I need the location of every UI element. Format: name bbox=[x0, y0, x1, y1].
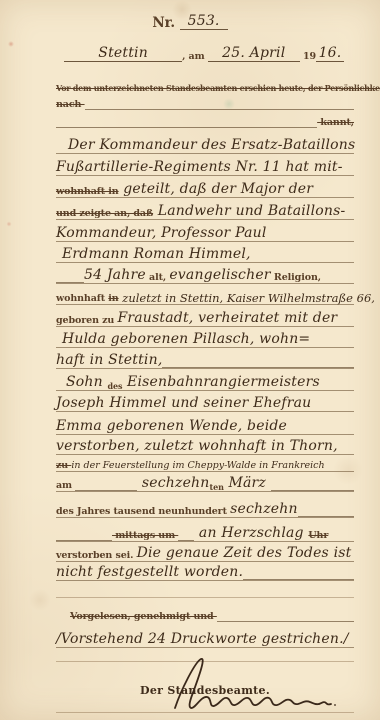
printed-text: alt, bbox=[146, 273, 169, 283]
printed-text-struck: in bbox=[108, 294, 118, 304]
printed-text-struck: Vorgelesen, genehmigt und bbox=[70, 612, 217, 622]
entry-line: Kommandeur, Professor Paul bbox=[56, 220, 354, 242]
entry-line: Sohn des Eisenbahnrangiermeisters bbox=[56, 369, 354, 391]
entry-line: nicht festgestellt worden. bbox=[56, 562, 354, 581]
handwritten-text: März bbox=[224, 476, 271, 491]
handwritten-entry: 16. bbox=[316, 46, 344, 62]
handwritten-text: Emma geborenen Wende, beide bbox=[56, 419, 287, 434]
handwritten-text: Fraustadt, verheiratet mit der bbox=[117, 311, 337, 326]
handwritten-text: /Vorstehend 24 Druckworte gestrichen./ bbox=[56, 632, 349, 647]
printed-text: wohnhaft bbox=[56, 294, 108, 304]
handwritten-entry: 25. April bbox=[208, 46, 300, 62]
printed-text: 19 bbox=[300, 52, 316, 62]
printed-text-struck: Vor dem unterzeichneten Standesbeamten e… bbox=[56, 84, 380, 92]
entry-line: zu in der Feuerstellung im Cheppy-Walde … bbox=[56, 455, 354, 472]
handwritten-text: geteilt, daß der Major der bbox=[119, 182, 314, 197]
printed-text: verstorben sei. bbox=[56, 551, 137, 561]
blank-underline bbox=[56, 125, 317, 128]
printed-text: geboren zu bbox=[56, 316, 117, 326]
document-body: Nr. 553.Stettin, am 25. April 1916.Vor d… bbox=[0, 8, 380, 713]
entry-line: Fußartillerie-Regiments Nr. 11 hat mit- bbox=[56, 154, 354, 176]
blank-underline bbox=[178, 538, 194, 541]
entry-line: wohnhaft in geteilt, daß der Major der bbox=[56, 176, 354, 198]
handwritten-text: Erdmann Roman Himmel, bbox=[62, 247, 251, 262]
handwritten-text: Kommandeur, Professor Paul bbox=[56, 226, 267, 241]
handwritten-text-small: in der Feuerstellung im Cheppy-Walde in … bbox=[71, 461, 324, 471]
entry-line: Der Kommandeur des Ersatz-Bataillons bbox=[56, 130, 354, 154]
blank-underline bbox=[243, 577, 354, 580]
printed-text: des Jahres tausend neunhundert bbox=[56, 507, 230, 517]
handwritten-text: Sohn bbox=[66, 375, 108, 390]
printed-text-struck: wohnhaft in bbox=[56, 187, 119, 197]
printed-text: , am bbox=[182, 52, 208, 62]
blank-underline bbox=[56, 280, 84, 283]
blank-underline bbox=[162, 365, 354, 368]
handwritten-text: Eisenbahnrangiermeisters bbox=[122, 375, 319, 390]
entry-line: Emma geborenen Wende, beide bbox=[56, 412, 354, 435]
blank-underline bbox=[217, 619, 354, 622]
entry-line: verstorben, zuletzt wohnhaft in Thorn, bbox=[56, 435, 354, 455]
handwritten-entry: Stettin bbox=[64, 46, 182, 62]
handwritten-text: 54 Jahre bbox=[84, 268, 146, 283]
preprinted-clause-struck: kannt, bbox=[56, 110, 354, 128]
handwritten-text: evangelischer bbox=[169, 268, 270, 283]
printed-text-struck: und zeigte an, daß bbox=[56, 209, 153, 219]
printed-text-struck: nach bbox=[56, 100, 85, 110]
blank-underline bbox=[298, 514, 354, 517]
entry-line: Joseph Himmel und seiner Ehefrau bbox=[56, 391, 354, 412]
entry-line: Hulda geborenen Pillasch, wohn= bbox=[56, 327, 354, 348]
record-number-line: Nr. 553. bbox=[56, 8, 354, 30]
printed-text-struck: mittags um bbox=[112, 531, 178, 541]
printed-text-struck: zu bbox=[56, 461, 71, 471]
blank-underline bbox=[75, 488, 137, 491]
entry-line: mittags um an Herzschlag Uhr bbox=[56, 518, 354, 542]
strike-note-line: /Vorstehend 24 Druckworte gestrichen./ bbox=[56, 622, 354, 648]
entry-line: 54 Jahre alt, evangelischer Religion, bbox=[56, 263, 354, 284]
signature-flourish-icon bbox=[161, 654, 351, 712]
handwritten-text: haft in Stettin, bbox=[56, 353, 162, 368]
printed-text: Nr. bbox=[152, 16, 179, 30]
handwritten-text: sechzehn bbox=[230, 502, 298, 517]
entry-line: am sechzehnten März bbox=[56, 472, 354, 492]
printed-text: ten bbox=[210, 483, 224, 491]
handwritten-text: Joseph Himmel und seiner Ehefrau bbox=[56, 396, 311, 411]
handwritten-text: an Herzschlag bbox=[194, 526, 308, 541]
entry-line: des Jahres tausend neunhundert sechzehn bbox=[56, 492, 354, 518]
handwritten-text: sechzehn bbox=[137, 476, 209, 491]
printed-text: Religion, bbox=[271, 273, 321, 283]
handwritten-text: Landwehr und Bataillons- bbox=[153, 204, 345, 219]
handwritten-entry: 553. bbox=[180, 14, 228, 30]
blank-ruled-line bbox=[56, 590, 354, 598]
handwritten-text: verstorben, zuletzt wohnhaft in Thorn, bbox=[56, 439, 338, 454]
entry-line: und zeigte an, daß Landwehr und Bataillo… bbox=[56, 198, 354, 220]
death-record-document: Nr. 553.Stettin, am 25. April 1916.Vor d… bbox=[0, 0, 380, 720]
printed-text: am bbox=[56, 481, 75, 491]
document-lines: Nr. 553.Stettin, am 25. April 1916.Vor d… bbox=[56, 8, 354, 662]
printed-text-struck: Uhr bbox=[308, 531, 328, 541]
preprinted-clause-struck: Vor dem unterzeichneten Standesbeamten e… bbox=[56, 76, 354, 92]
signature-block: Der Standesbeamte. bbox=[56, 662, 354, 713]
entry-line: verstorben sei. Die genaue Zeit des Tode… bbox=[56, 542, 354, 562]
printed-text: des bbox=[108, 382, 123, 390]
entry-line: Erdmann Roman Himmel, bbox=[56, 242, 354, 263]
printed-text-struck: kannt, bbox=[317, 118, 354, 128]
entry-line: haft in Stettin, bbox=[56, 348, 354, 369]
entry-line: geboren zu Fraustadt, verheiratet mit de… bbox=[56, 305, 354, 327]
preprinted-clause-struck: nach bbox=[56, 92, 354, 110]
handwritten-text: Hulda geborenen Pillasch, wohn= bbox=[62, 332, 310, 347]
place-date-line: Stettin, am 25. April 1916. bbox=[56, 38, 354, 62]
handwritten-text: zuletzt in Stettin, Kaiser Wilhelmstraße… bbox=[119, 292, 375, 304]
blank-underline bbox=[85, 107, 354, 110]
entry-line: wohnhaft in zuletzt in Stettin, Kaiser W… bbox=[56, 284, 354, 305]
handwritten-text: Der Kommandeur des Ersatz-Bataillons bbox=[68, 138, 355, 153]
handwritten-text: Fußartillerie-Regiments Nr. 11 hat mit- bbox=[56, 160, 343, 175]
handwritten-text: Die genaue Zeit des Todes ist bbox=[137, 546, 352, 561]
closing-clause-struck: Vorgelesen, genehmigt und bbox=[56, 606, 354, 622]
blank-underline bbox=[271, 488, 354, 491]
blank-underline bbox=[56, 538, 112, 541]
handwritten-text: nicht festgestellt worden. bbox=[56, 565, 243, 580]
